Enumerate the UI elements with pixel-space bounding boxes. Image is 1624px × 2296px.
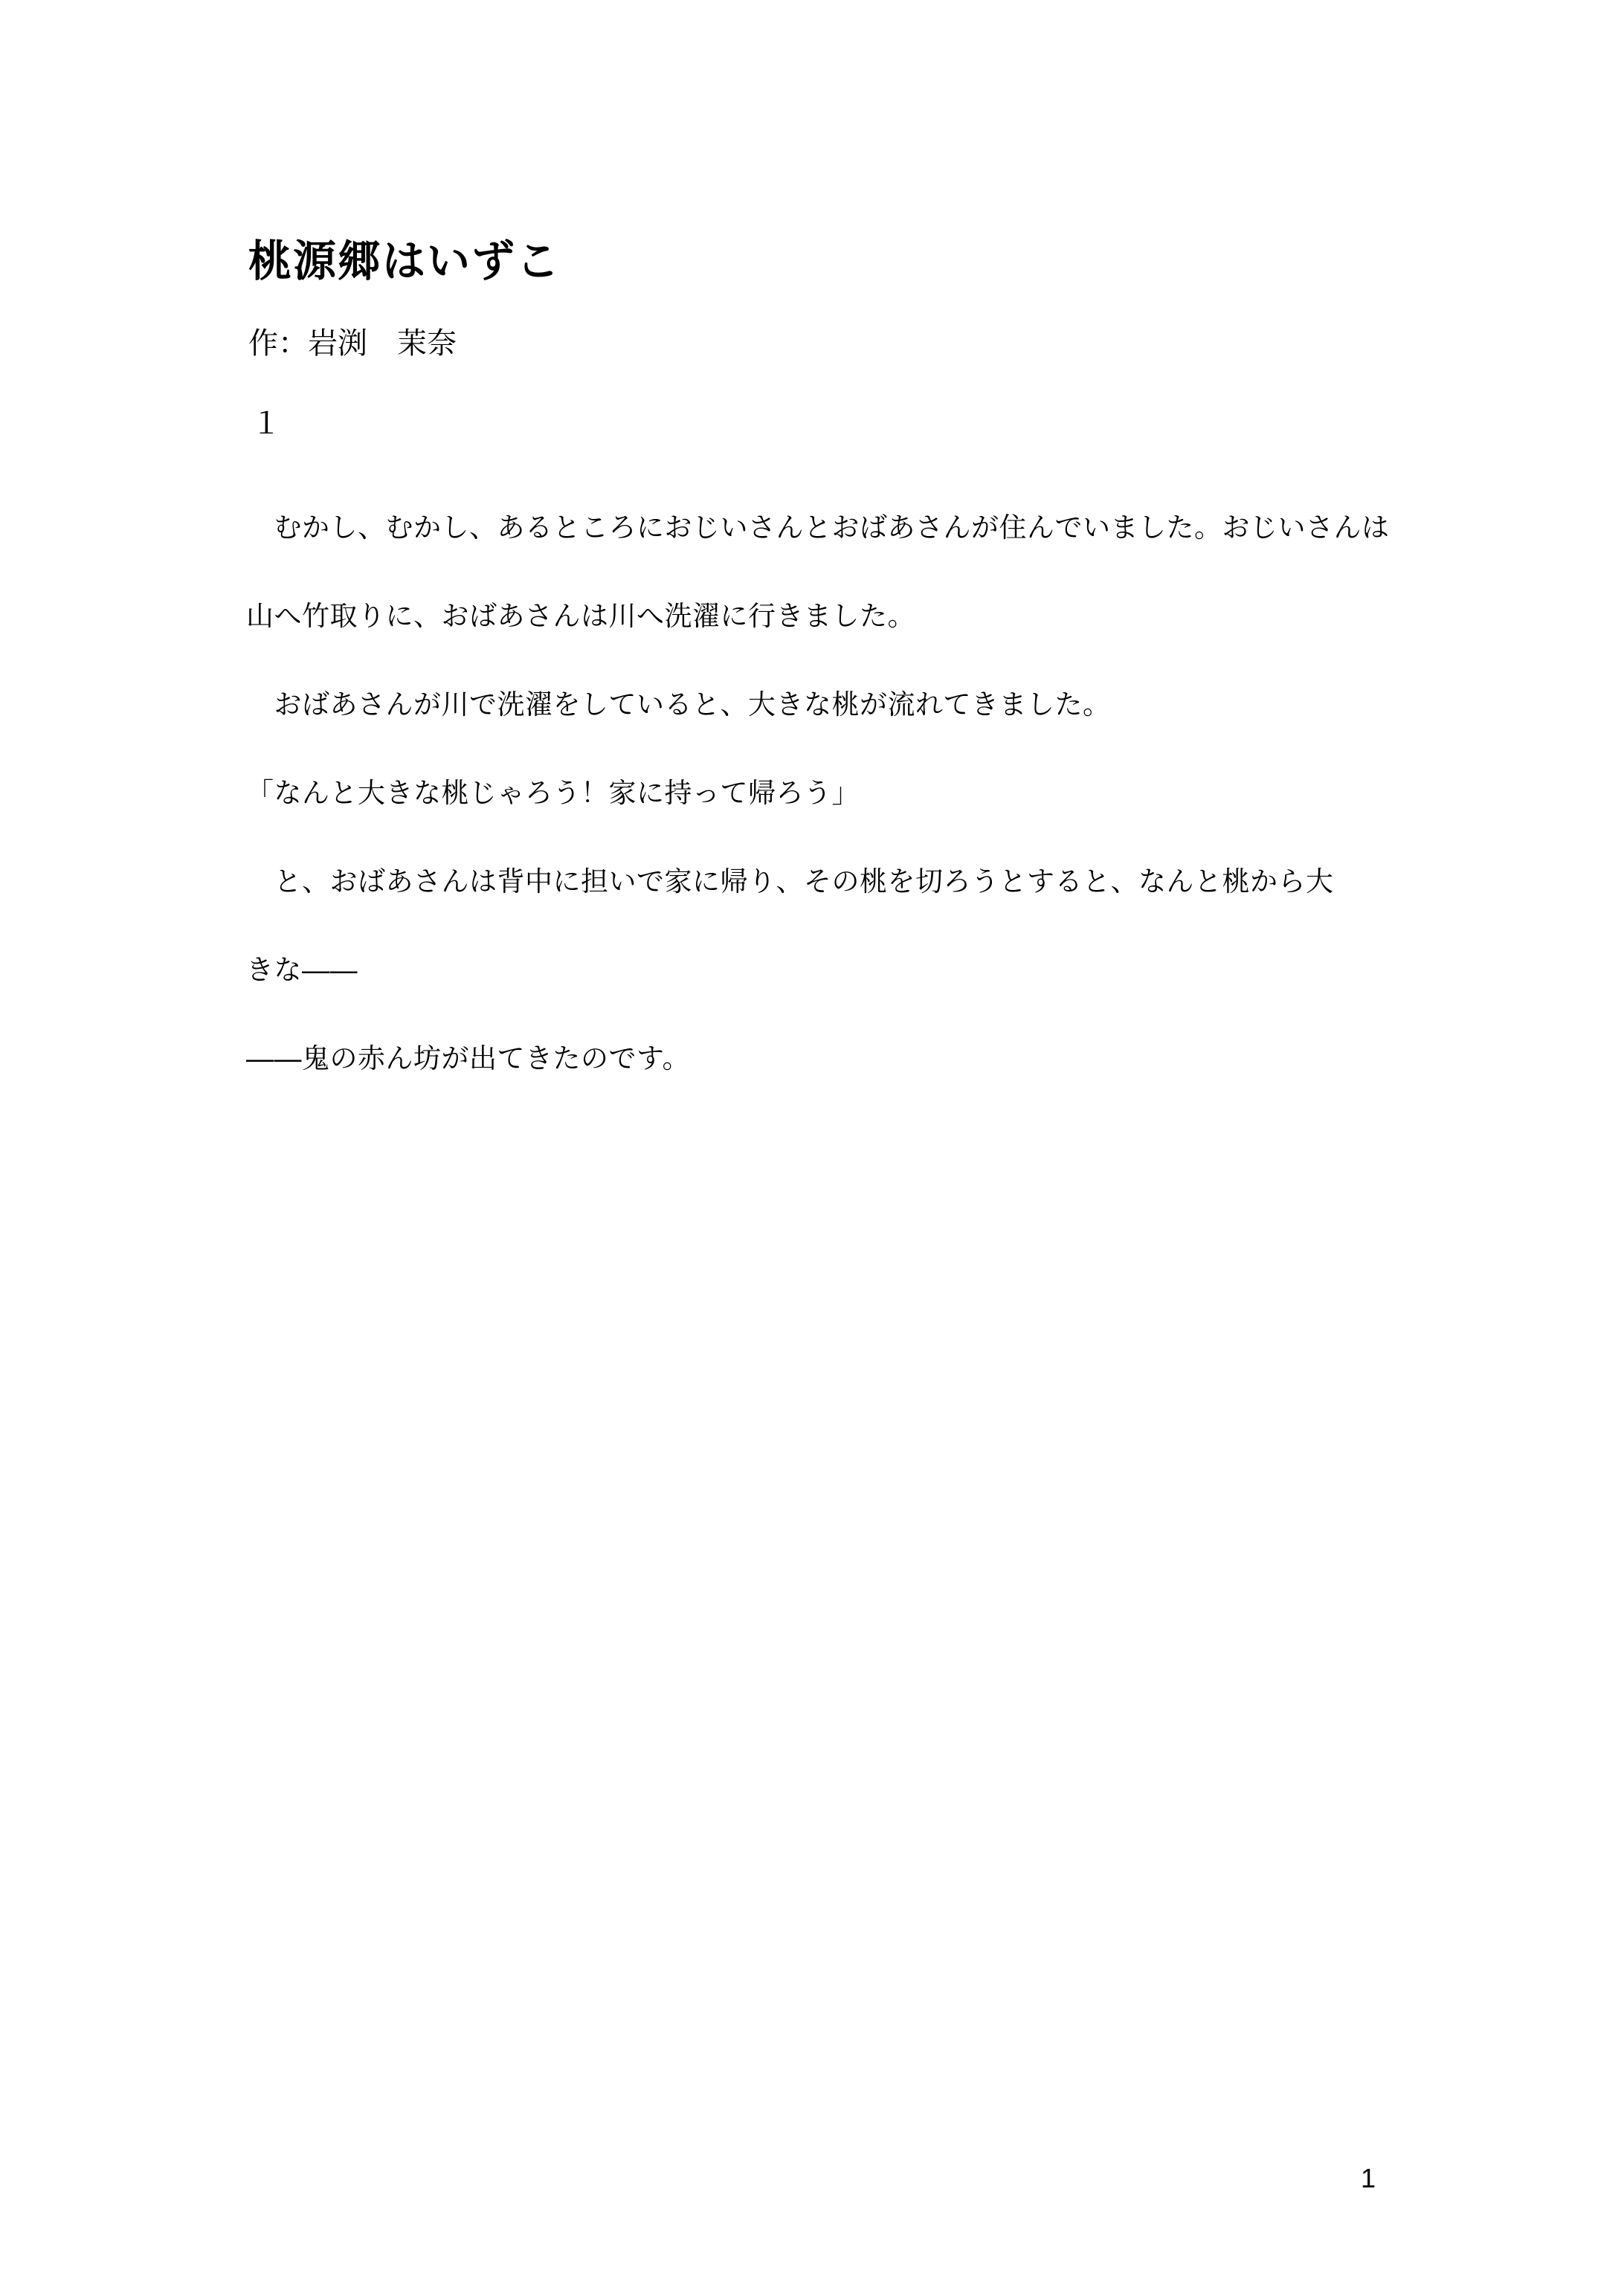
story-line: と、おばあさんは背中に担いで家に帰り、その桃を切ろうとすると、なんと桃から大: [246, 864, 1334, 900]
story-line: おばあさんが川で洗濯をしていると、大きな桃が流れてきました。: [246, 687, 1111, 723]
story-line: むかし、むかし、あるところにおじいさんとおばあさんが住んでいました。おじいさんは: [246, 510, 1390, 546]
story-line: きな――: [246, 952, 358, 988]
story-title: 桃源郷はいずこ: [248, 236, 561, 288]
story-line: ――鬼の赤ん坊が出てきたのです。: [246, 1041, 690, 1077]
story-line: 山へ竹取りに、おばあさんは川へ洗濯に行きました。: [246, 599, 915, 634]
section-number: １: [251, 406, 281, 442]
author-line: 作：岩渕 茉奈: [248, 326, 457, 361]
page-number: 1: [1324, 2162, 1413, 2194]
manuscript-page: 桃源郷はいずこ 作：岩渕 茉奈 １ むかし、むかし、あるところにおじいさんとおば…: [0, 0, 1624, 2296]
story-line: 「なんと大きな桃じゃろう！家に持って帰ろう」: [246, 775, 860, 811]
